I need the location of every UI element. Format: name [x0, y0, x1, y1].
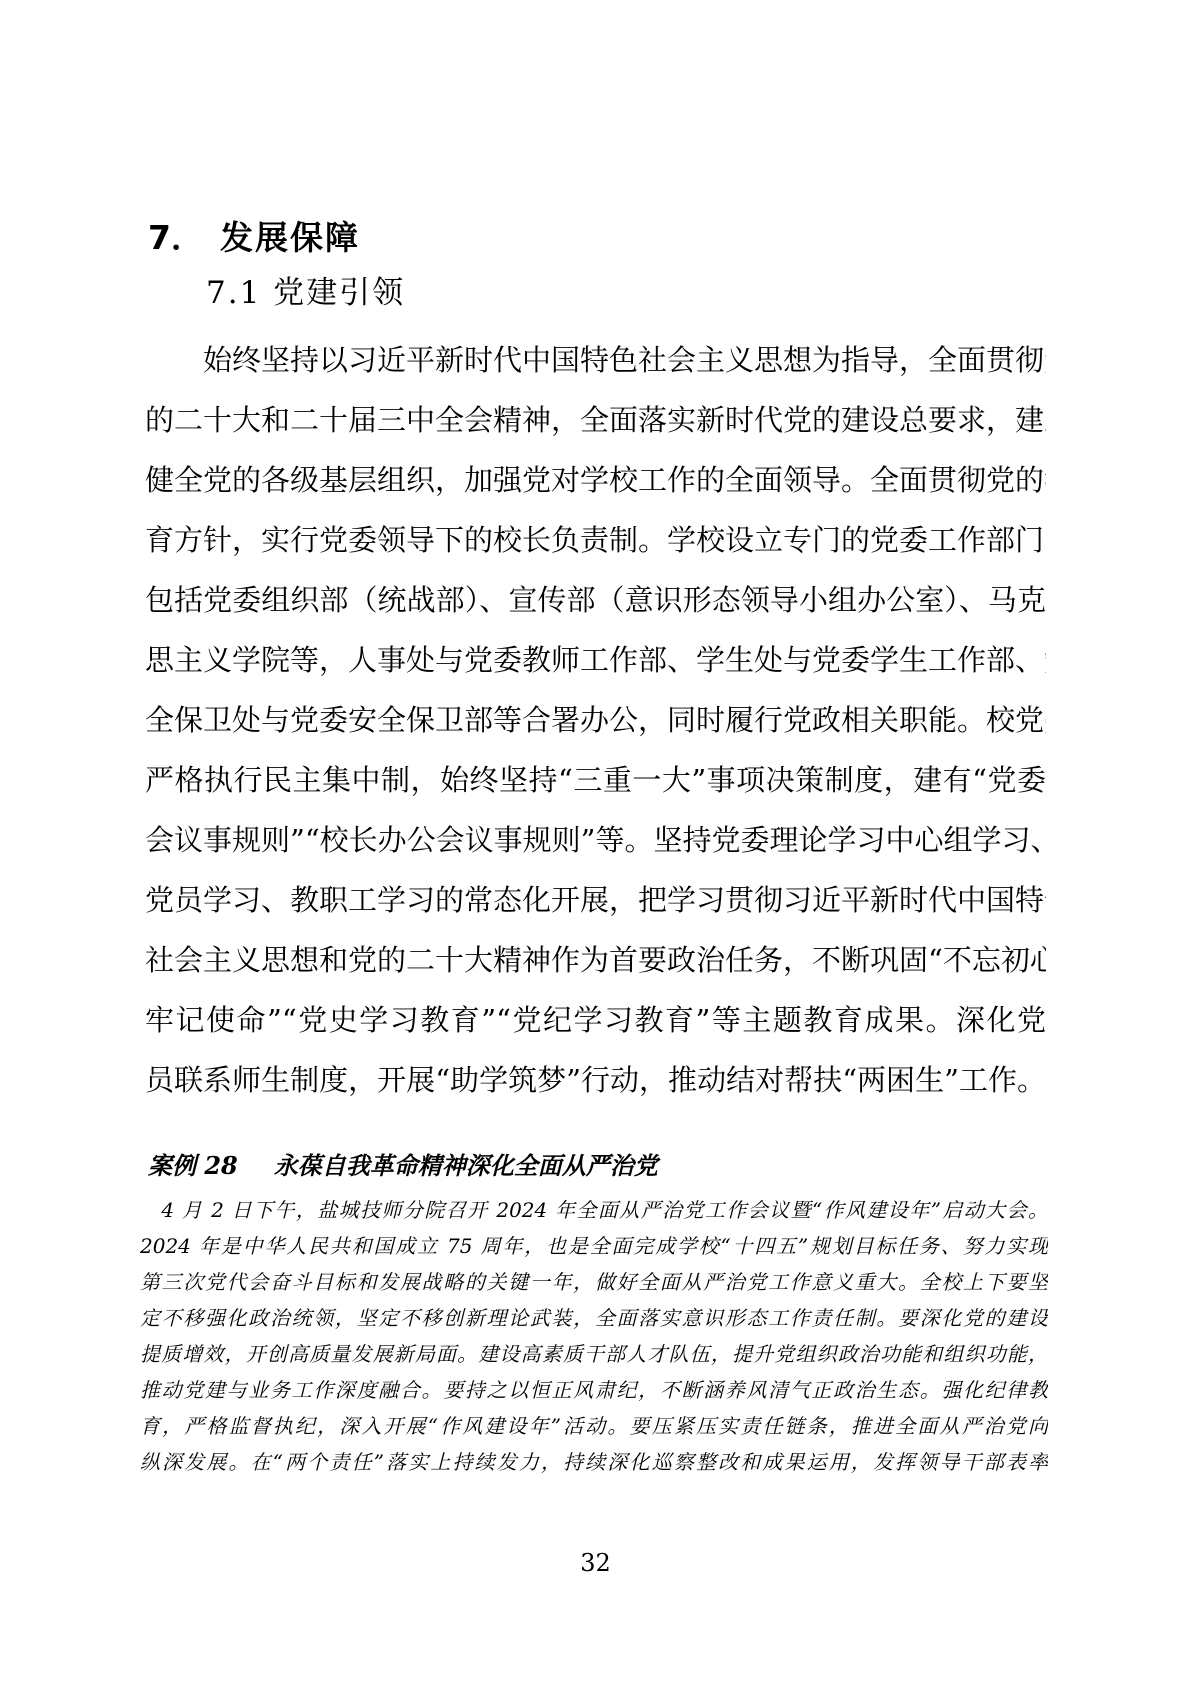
section-heading-number: 7． [148, 218, 204, 257]
text-line: 党员学习、教职工学习的常态化开展，把学习贯彻习近平新时代中国特色 [145, 870, 1046, 930]
case-title: 永葆自我革命精神深化全面从严治党 [274, 1151, 658, 1180]
text-line: 全保卫处与党委安全保卫部等合署办公，同时履行党政相关职能。校党委 [145, 690, 1046, 750]
text-line: 严格执行民主集中制，始终坚持“三重一大”事项决策制度，建有“党委 [145, 750, 1046, 810]
section-heading: 7．发展保障 [148, 216, 360, 260]
case-heading: 案例 28永葆自我革命精神深化全面从严治党 [148, 1150, 658, 1182]
text-line: 员联系师生制度，开展“助学筑梦”行动，推动结对帮扶“两困生”工作。 [145, 1050, 1046, 1110]
text-line: 牢记使命”“党史学习教育”“党纪学习教育”等主题教育成果。深化党 [145, 990, 1046, 1050]
text-line: 推动党建与业务工作深度融合。要持之以恒正风肃纪，不断涵养风清气正政治生态。强化纪… [140, 1372, 1048, 1408]
text-line: 提质增效，开创高质量发展新局面。建设高素质干部人才队伍，提升党组织政治功能和组织… [140, 1336, 1048, 1372]
text-line: 纵深发展。在“两个责任”落实上持续发力，持续深化巡察整改和成果运用，发挥领导干部… [140, 1444, 1048, 1480]
text-line: 会议事规则”“校长办公会议事规则”等。坚持党委理论学习中心组学习、 [145, 810, 1046, 870]
text-line: 的二十大和二十届三中全会精神，全面落实新时代党的建设总要求，建立 [145, 390, 1046, 450]
text-line: 育方针，实行党委领导下的校长负责制。学校设立专门的党委工作部门， [145, 510, 1046, 570]
text-line: 第三次党代会奋斗目标和发展战略的关键一年，做好全面从严治党工作意义重大。全校上下… [140, 1264, 1048, 1300]
text-line: 定不移强化政治统领，坚定不移创新理论武装，全面落实意识形态工作责任制。要深化党的… [140, 1300, 1048, 1336]
case-label: 案例 28 [148, 1151, 238, 1180]
text-line: 2024 年是中华人民共和国成立 75 周年，也是全面完成学校“十四五”规划目标… [140, 1228, 1048, 1264]
subsection-heading: 7.1 党建引领 [206, 272, 405, 314]
text-line: 4 月 2 日下午，盐城技师分院召开 2024 年全面从严治党工作会议暨“作风建… [140, 1192, 1048, 1228]
text-line: 社会主义思想和党的二十大精神作为首要政治任务，不断巩固“不忘初心、 [145, 930, 1046, 990]
text-line: 育，严格监督执纪，深入开展“作风建设年”活动。要压紧压实责任链条，推进全面从严治… [140, 1408, 1048, 1444]
page-number: 32 [0, 1548, 1191, 1578]
text-line: 始终坚持以习近平新时代中国特色社会主义思想为指导，全面贯彻党 [145, 330, 1046, 390]
case-paragraph: 4 月 2 日下午，盐城技师分院召开 2024 年全面从严治党工作会议暨“作风建… [140, 1192, 1048, 1480]
document-page: 7．发展保障 7.1 党建引领 始终坚持以习近平新时代中国特色社会主义思想为指导… [0, 0, 1191, 1684]
text-line: 包括党委组织部（统战部）、宣传部（意识形态领导小组办公室）、马克 [145, 570, 1046, 630]
text-line: 健全党的各级基层组织，加强党对学校工作的全面领导。全面贯彻党的教 [145, 450, 1046, 510]
section-heading-title: 发展保障 [220, 218, 360, 257]
text-line: 思主义学院等，人事处与党委教师工作部、学生处与党委学生工作部、安 [145, 630, 1046, 690]
body-paragraph: 始终坚持以习近平新时代中国特色社会主义思想为指导，全面贯彻党的二十大和二十届三中… [145, 330, 1046, 1110]
